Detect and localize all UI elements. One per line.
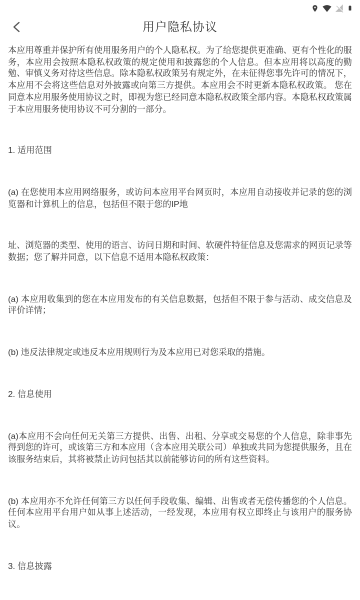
policy-scroll-area[interactable]: 本应用尊重并保护所有使用服务用户的个人隐私权。为了给您提供更准确、更有个性化的服…: [0, 40, 360, 600]
wifi-icon: [322, 4, 332, 13]
cellular-off-icon: [335, 4, 344, 13]
section-heading: 1. 适用范围: [8, 145, 352, 157]
chevron-left-icon: [12, 21, 21, 33]
policy-paragraph: (a) 本应用收集到的您在本应用发布的有关信息数据，包括但不限于参与活动、成交信…: [8, 294, 352, 317]
policy-paragraph: (b) 违反法律规定或违反本应用规则行为及本应用已对您采取的措施。: [8, 347, 352, 359]
section-heading: 2. 信息使用: [8, 389, 352, 401]
policy-paragraph: (a)本应用不会向任何无关第三方提供、出售、出租、分享或交易您的个人信息，除非事…: [8, 431, 352, 466]
status-bar: [0, 0, 360, 13]
policy-paragraph: 本应用尊重并保护所有使用服务用户的个人隐私权。为了给您提供更准确、更有个性化的服…: [8, 45, 352, 115]
policy-paragraph: (a) 在您使用本应用网络服务，或访问本应用平台网页时，本应用自动接收并记录的您…: [8, 187, 352, 210]
back-button[interactable]: [4, 13, 28, 40]
policy-paragraph: 址、浏览器的类型、使用的语言、访问日期和时间、软硬件特征信息及您需求的网页记录等…: [8, 240, 352, 263]
privacy-policy-screen: 用户隐私协议 本应用尊重并保护所有使用服务用户的个人隐私权。为了给您提供更准确、…: [0, 0, 360, 600]
location-icon: [311, 4, 319, 13]
battery-icon: [347, 3, 353, 13]
section-heading: 3. 信息披露: [8, 561, 352, 573]
policy-paragraph: (b) 本应用亦不允许任何第三方以任何手段收集、编辑、出售或者无偿传播您的个人信…: [8, 496, 352, 531]
nav-bar: 用户隐私协议: [0, 13, 360, 40]
page-title: 用户隐私协议: [142, 18, 217, 35]
